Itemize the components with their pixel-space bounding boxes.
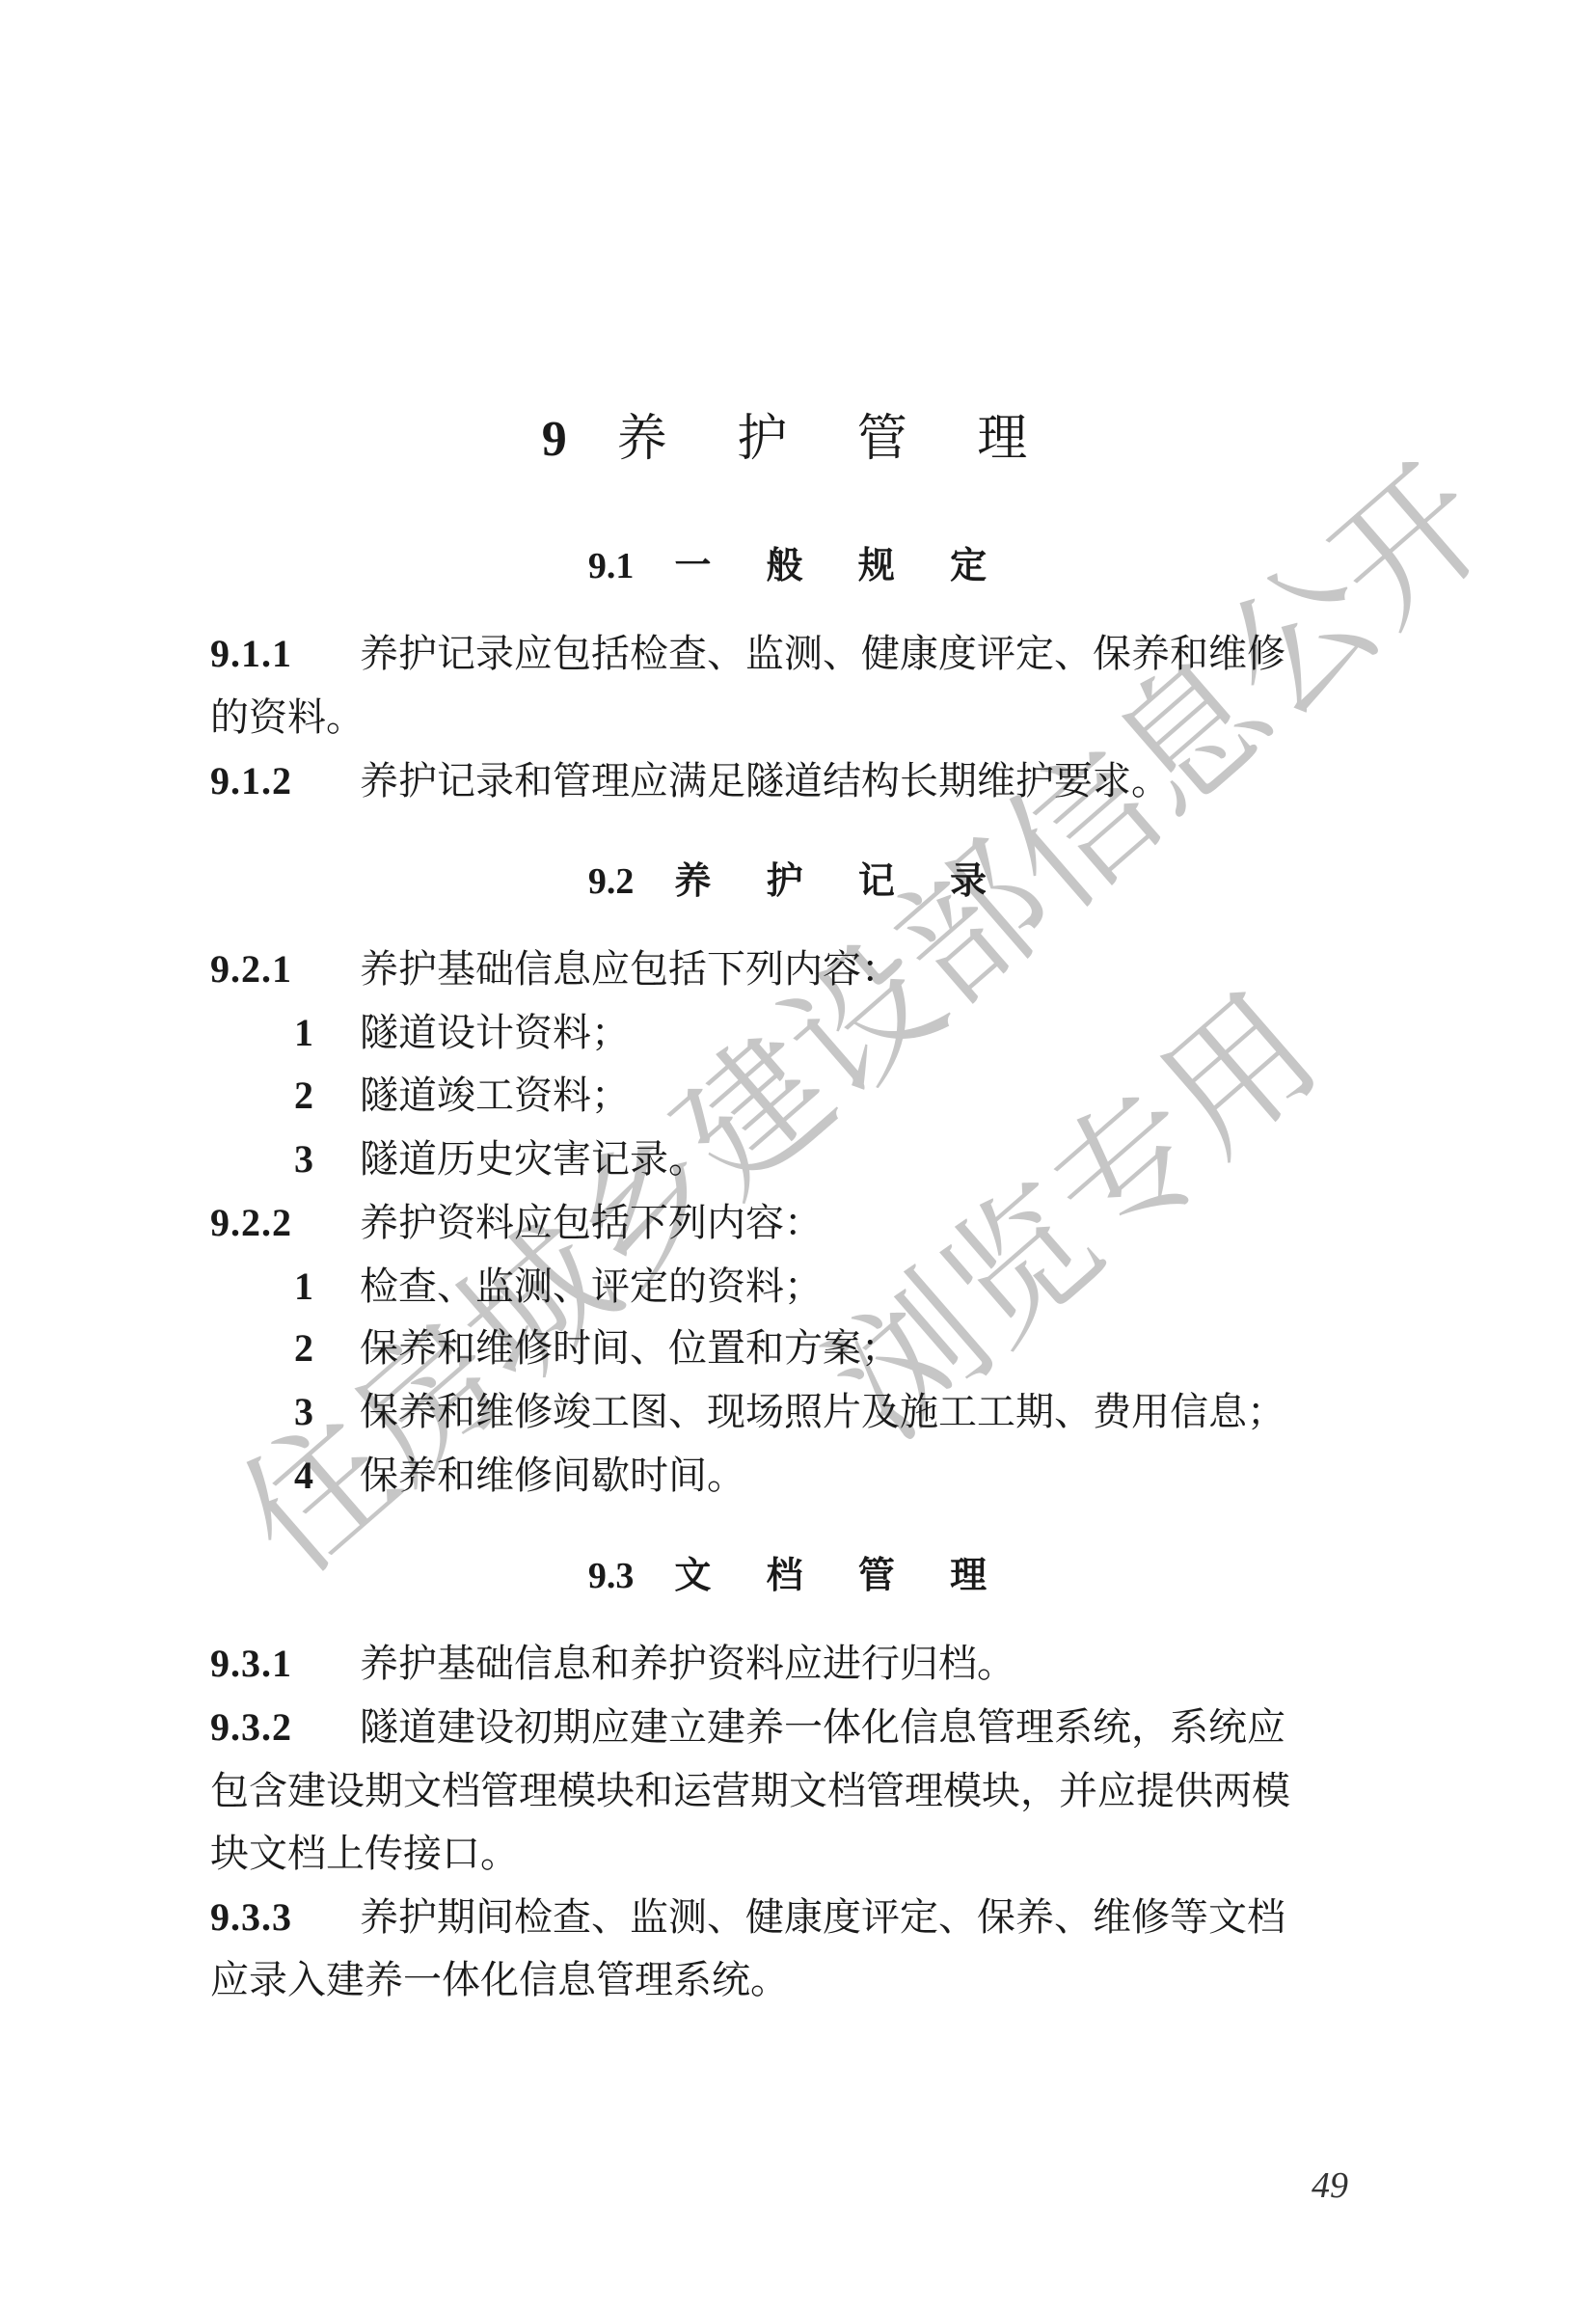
item-number: 4 bbox=[294, 1453, 360, 1499]
clause-text: 养护资料应包括下列内容： bbox=[360, 1201, 823, 1245]
clause-9-3-3-continuation: 应录入建养一体化信息管理系统。 bbox=[210, 1957, 789, 2003]
clause-label: 9.3.3 bbox=[210, 1894, 360, 1941]
item-text: 保养和维修间歇时间。 bbox=[360, 1454, 745, 1498]
item-number: 1 bbox=[294, 1264, 360, 1310]
item-text: 隧道竣工资料； bbox=[360, 1074, 630, 1118]
chapter-title: 9养 护 管 理 bbox=[0, 397, 1596, 470]
clause-label: 9.1.2 bbox=[210, 758, 360, 804]
clause-text: 隧道建设初期应建立建养一体化信息管理系统，系统应 bbox=[360, 1705, 1285, 1750]
clause-9-1-1: 9.1.1养护记录应包括检查、监测、健康度评定、保养和维修 bbox=[210, 631, 1285, 677]
section-heading-9-3: 9.3文 档 管 理 bbox=[0, 1545, 1596, 1598]
clause-text: 养护基础信息应包括下列内容： bbox=[360, 947, 900, 992]
list-item: 2保养和维修时间、位置和方案； bbox=[294, 1325, 900, 1372]
item-text: 保养和维修时间、位置和方案； bbox=[360, 1326, 900, 1371]
clause-text: 包含建设期文档管理模块和运营期文档管理模块，并应提供两模 bbox=[210, 1769, 1290, 1813]
clause-label: 9.2.1 bbox=[210, 946, 360, 992]
clause-9-3-2: 9.3.2隧道建设初期应建立建养一体化信息管理系统，系统应 bbox=[210, 1704, 1285, 1751]
item-number: 2 bbox=[294, 1073, 360, 1119]
item-number: 3 bbox=[294, 1389, 360, 1435]
item-number: 2 bbox=[294, 1325, 360, 1372]
clause-text: 块文档上传接口。 bbox=[210, 1832, 519, 1876]
item-text: 隧道设计资料； bbox=[360, 1011, 630, 1055]
clause-text: 养护期间检查、监测、健康度评定、保养、维修等文档 bbox=[360, 1895, 1285, 1940]
chapter-title-text: 养 护 管 理 bbox=[617, 410, 1055, 468]
section-title: 一 般 规 定 bbox=[674, 543, 1008, 586]
clause-label: 9.2.2 bbox=[210, 1200, 360, 1246]
item-text: 隧道历史灾害记录。 bbox=[360, 1137, 707, 1182]
clause-9-3-1: 9.3.1养护基础信息和养护资料应进行归档。 bbox=[210, 1641, 1015, 1687]
clause-label: 9.3.2 bbox=[210, 1704, 360, 1751]
section-number: 9.3 bbox=[588, 1556, 635, 1596]
list-item: 2隧道竣工资料； bbox=[294, 1073, 630, 1119]
list-item: 3保养和维修竣工图、现场照片及施工工期、费用信息； bbox=[294, 1389, 1285, 1435]
clause-9-1-2: 9.1.2养护记录和管理应满足隧道结构长期维护要求。 bbox=[210, 758, 1170, 804]
clause-text: 养护基础信息和养护资料应进行归档。 bbox=[360, 1642, 1015, 1686]
list-item: 3隧道历史灾害记录。 bbox=[294, 1136, 707, 1183]
clause-text: 应录入建养一体化信息管理系统。 bbox=[210, 1958, 789, 2002]
clause-9-2-1: 9.2.1养护基础信息应包括下列内容： bbox=[210, 946, 900, 992]
clause-9-2-2: 9.2.2养护资料应包括下列内容： bbox=[210, 1200, 823, 1246]
document-page: 住房城乡建设部信息公开 浏览专用 9养 护 管 理 9.1一 般 规 定 9.1… bbox=[0, 0, 1596, 2311]
item-text: 保养和维修竣工图、现场照片及施工工期、费用信息； bbox=[360, 1390, 1285, 1434]
clause-text: 的资料。 bbox=[210, 695, 365, 740]
list-item: 4保养和维修间歇时间。 bbox=[294, 1453, 745, 1499]
page-number: 49 bbox=[1312, 2164, 1348, 2207]
list-item: 1隧道设计资料； bbox=[294, 1010, 630, 1056]
section-title: 文 档 管 理 bbox=[674, 1553, 1008, 1596]
list-item: 1检查、监测、评定的资料； bbox=[294, 1264, 823, 1310]
clause-9-3-2-continuation: 块文档上传接口。 bbox=[210, 1831, 519, 1877]
clause-label: 9.3.1 bbox=[210, 1641, 360, 1687]
clause-text: 养护记录应包括检查、监测、健康度评定、保养和维修 bbox=[360, 632, 1285, 676]
item-number: 1 bbox=[294, 1010, 360, 1056]
section-number: 9.2 bbox=[588, 861, 635, 902]
clause-9-3-3: 9.3.3养护期间检查、监测、健康度评定、保养、维修等文档 bbox=[210, 1894, 1285, 1941]
clause-9-1-1-continuation: 的资料。 bbox=[210, 694, 365, 741]
item-text: 检查、监测、评定的资料； bbox=[360, 1264, 823, 1309]
item-number: 3 bbox=[294, 1136, 360, 1183]
chapter-number: 9 bbox=[542, 412, 567, 467]
clause-text: 养护记录和管理应满足隧道结构长期维护要求。 bbox=[360, 759, 1170, 803]
section-heading-9-2: 9.2养 护 记 录 bbox=[0, 851, 1596, 904]
clause-9-3-2-continuation: 包含建设期文档管理模块和运营期文档管理模块，并应提供两模 bbox=[210, 1768, 1290, 1814]
section-heading-9-1: 9.1一 般 规 定 bbox=[0, 535, 1596, 588]
section-number: 9.1 bbox=[588, 546, 635, 586]
clause-label: 9.1.1 bbox=[210, 631, 360, 677]
section-title: 养 护 记 录 bbox=[674, 858, 1008, 902]
